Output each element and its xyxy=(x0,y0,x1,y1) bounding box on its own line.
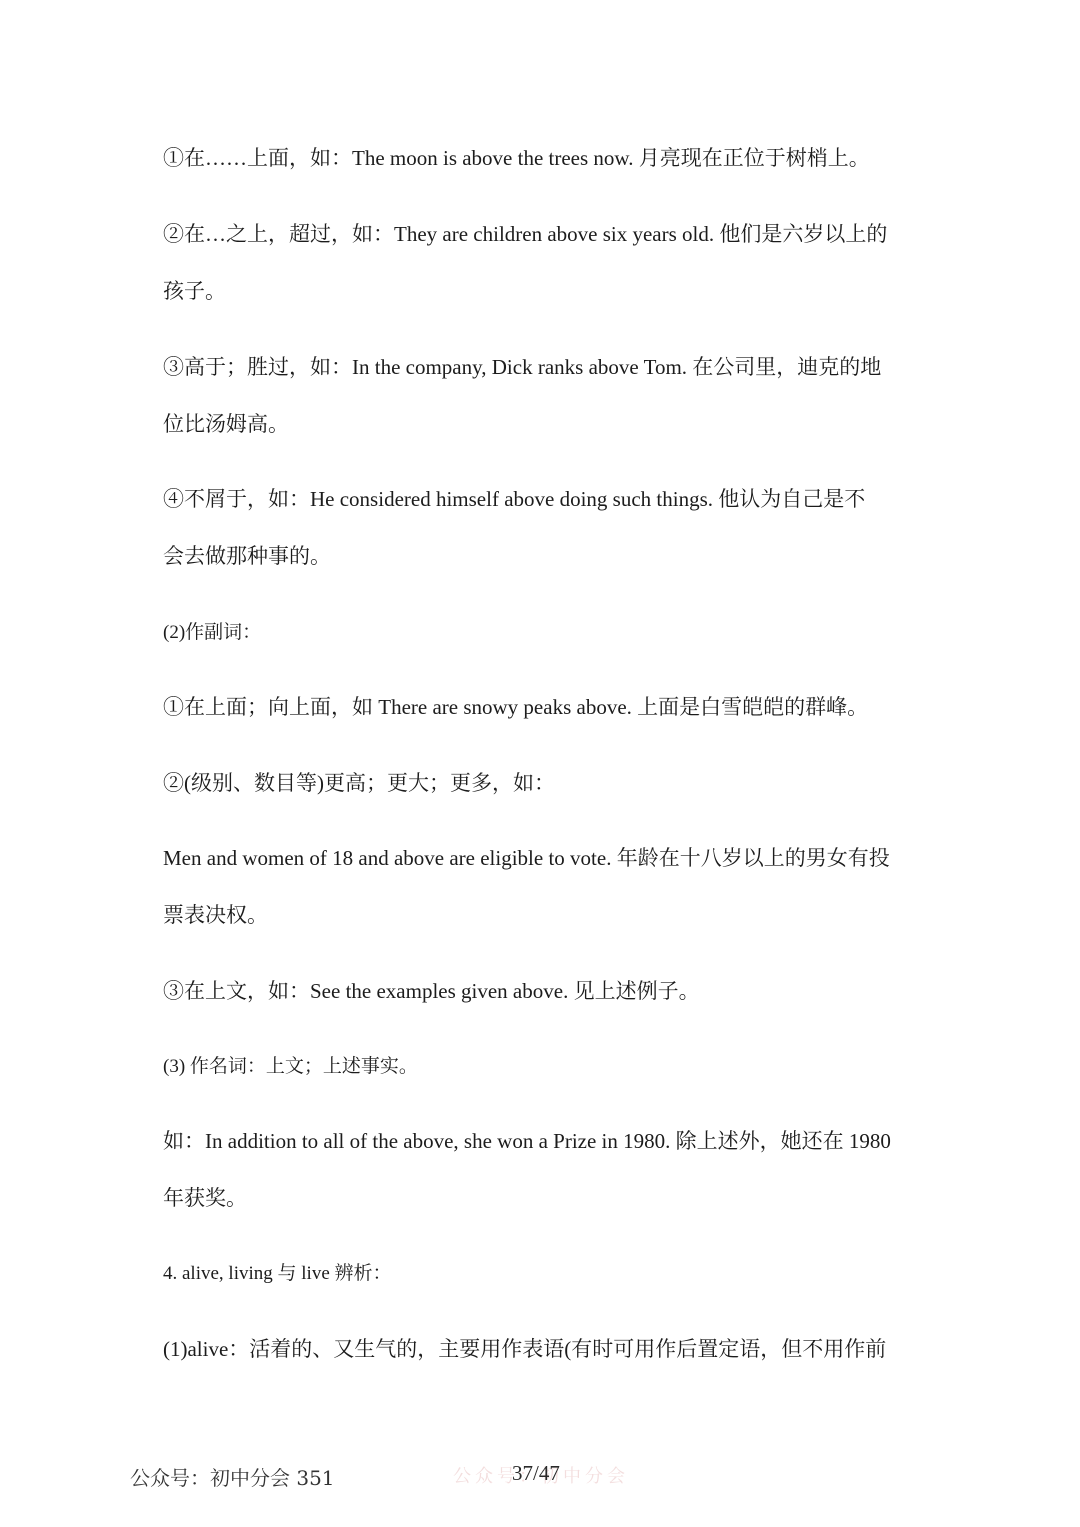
text-line: ②在…之上，超过，如：They are children above six y… xyxy=(163,221,887,247)
text-line: ④不屑于，如：He considered himself above doing… xyxy=(163,486,865,512)
footer-account: 公众号：初中分会 351 xyxy=(130,1462,335,1491)
section-heading: (3) 作名词：上文；上述事实。 xyxy=(163,1054,418,1080)
text-line: ③高于；胜过，如：In the company, Dick ranks abov… xyxy=(163,354,881,380)
page-number: 37/47 xyxy=(512,1461,560,1486)
text-line: Men and women of 18 and above are eligib… xyxy=(163,845,890,871)
section-heading: 4. alive, living 与 live 辨析： xyxy=(163,1261,392,1287)
section-heading: (2)作副词： xyxy=(163,620,261,646)
text-line: ③在上文，如：See the examples given above. 见上述… xyxy=(163,978,700,1004)
text-line: 位比汤姆高。 xyxy=(163,411,289,437)
document-page: ①在……上面，如：The moon is above the trees now… xyxy=(0,0,1080,1527)
text-line: 票表决权。 xyxy=(163,902,268,928)
text-line: ②(级别、数目等)更高；更大；更多，如： xyxy=(163,770,555,796)
text-line: 年获奖。 xyxy=(163,1185,247,1211)
text-line: 如：In addition to all of the above, she w… xyxy=(163,1128,891,1154)
text-line: 孩子。 xyxy=(163,278,226,304)
text-line: 会去做那种事的。 xyxy=(163,543,331,569)
text-line: (1)alive：活着的、又生气的，主要用作表语(有时可用作后置定语，但不用作前 xyxy=(163,1336,886,1362)
text-line: ①在……上面，如：The moon is above the trees now… xyxy=(163,145,870,171)
text-line: ①在上面；向上面，如 There are snowy peaks above. … xyxy=(163,694,868,720)
